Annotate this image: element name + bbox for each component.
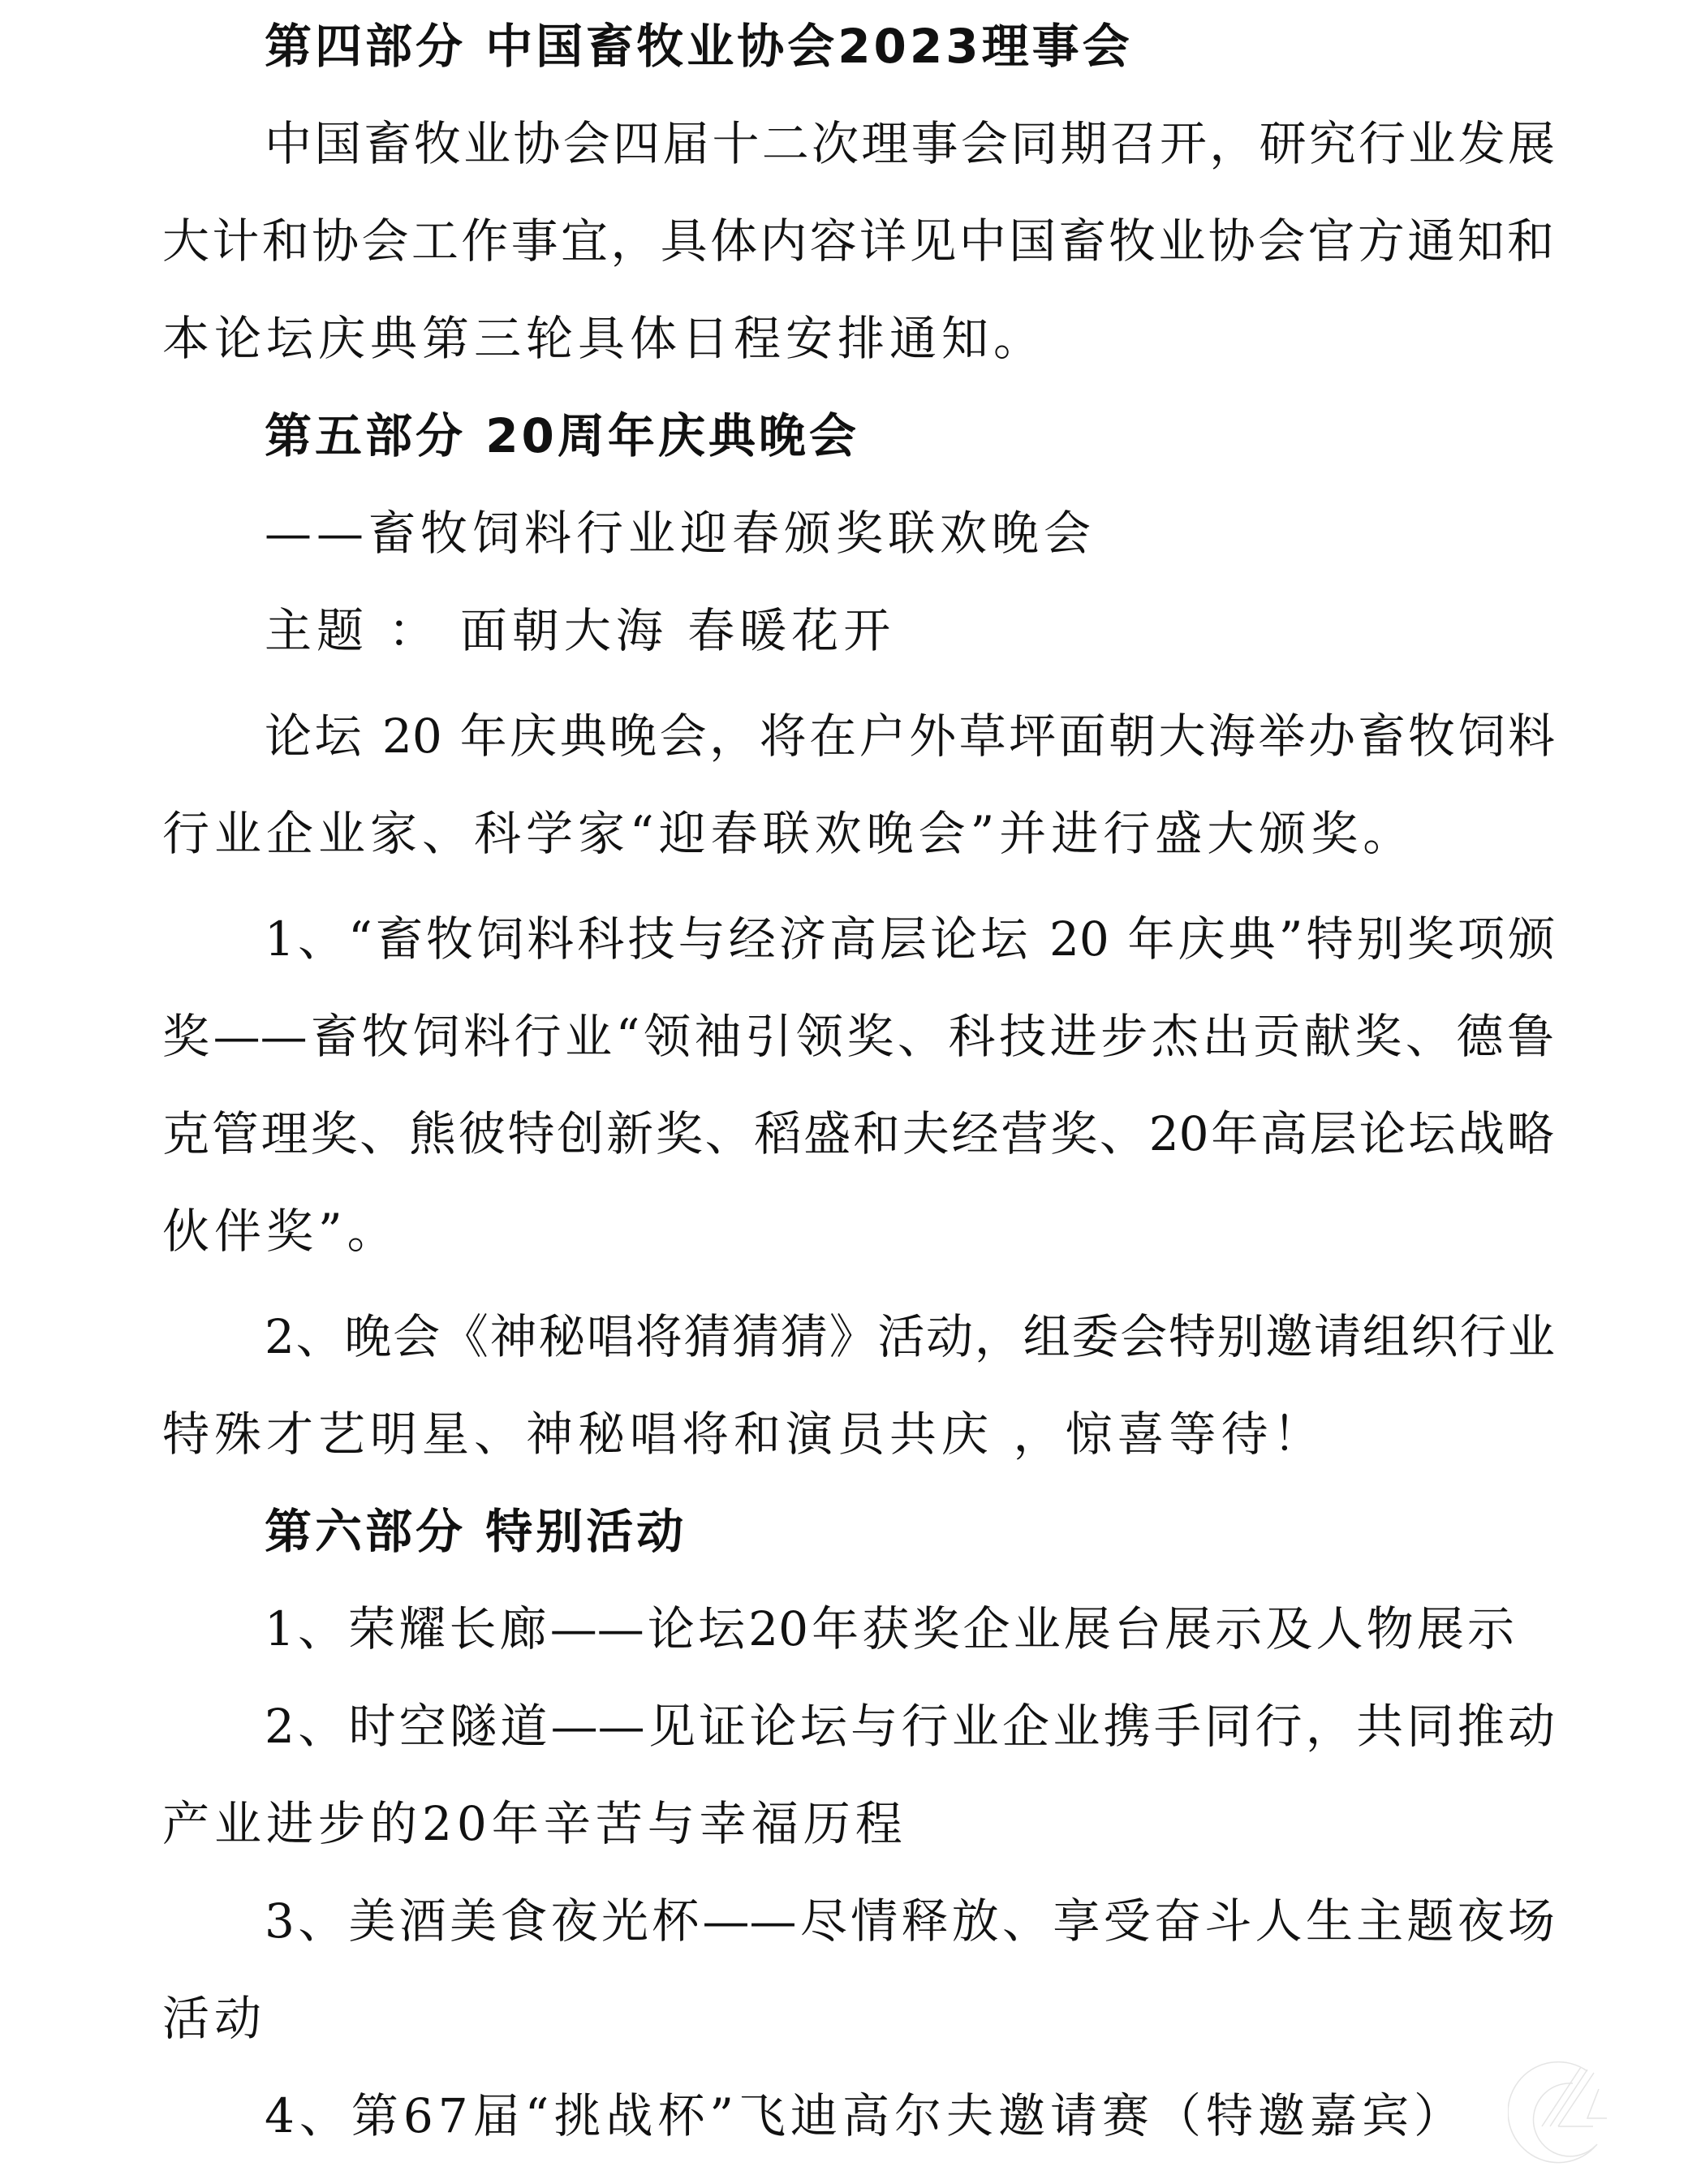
list-item: 1、荣耀长廊——论坛20年获奖企业展台展示及人物展示 [265,1600,1514,1657]
paragraph-line: 奖——畜牧饲料行业“领袖引领奖、科技进步杰出贡献奖、德鲁 [162,1008,1554,1065]
list-item-continuation: 产业进步的20年辛苦与幸福历程 [162,1795,907,1852]
paragraph-line: 特殊才艺明星、神秘唱将和演员共庆 ，惊喜等待！ [162,1406,1324,1462]
paragraph-line: 大计和协会工作事宜，具体内容详见中国畜牧业协会官方通知和 [162,213,1554,269]
paragraph-line: 伙伴奖”。 [162,1203,399,1260]
list-item: 2、时空隧道——见证论坛与行业企业携手同行，共同推动 [265,1698,1555,1755]
list-item: 3、美酒美食夜光杯——尽情释放、享受奋斗人生主题夜场 [265,1893,1555,1949]
paragraph-line: 本论坛庆典第三轮具体日程安排通知。 [162,310,1045,367]
paragraph-line: 中国畜牧业协会四届十二次理事会同期召开，研究行业发展 [265,115,1555,172]
paragraph-line: 论坛 20 年庆典晚会，将在户外草坪面朝大海举办畜牧饲料 [265,708,1555,765]
paragraph-line: 2、晚会《神秘唱将猜猜猜》活动，组委会特别邀请组织行业 [265,1308,1555,1365]
logo-watermark-icon [1508,2055,1630,2169]
section-heading-6: 第六部分 特别活动 [265,1503,687,1560]
paragraph-line: 1、“畜牧饲料科技与经济高层论坛 20 年庆典”特别奖项颁 [265,911,1555,967]
paragraph-line: 克管理奖、熊彼特创新奖、稻盛和夫经营奖、20年高层论坛战略 [162,1105,1554,1162]
section-theme: 主题 ： 面朝大海 春暖花开 [265,602,895,659]
list-item-continuation: 活动 [162,1990,266,2047]
section-heading-5: 第五部分 20周年庆典晚会 [265,407,859,464]
section-heading-4: 第四部分 中国畜牧业协会2023理事会 [265,18,1133,75]
paragraph-line: 行业企业家、科学家“迎春联欢晚会”并进行盛大颁奖。 [162,805,1415,862]
section-subtitle: ——畜牧饲料行业迎春颁奖联欢晚会 [265,505,1096,562]
list-item: 4、第67届“挑战杯”飞迪高尔夫邀请赛（特邀嘉宾） [265,2087,1466,2144]
